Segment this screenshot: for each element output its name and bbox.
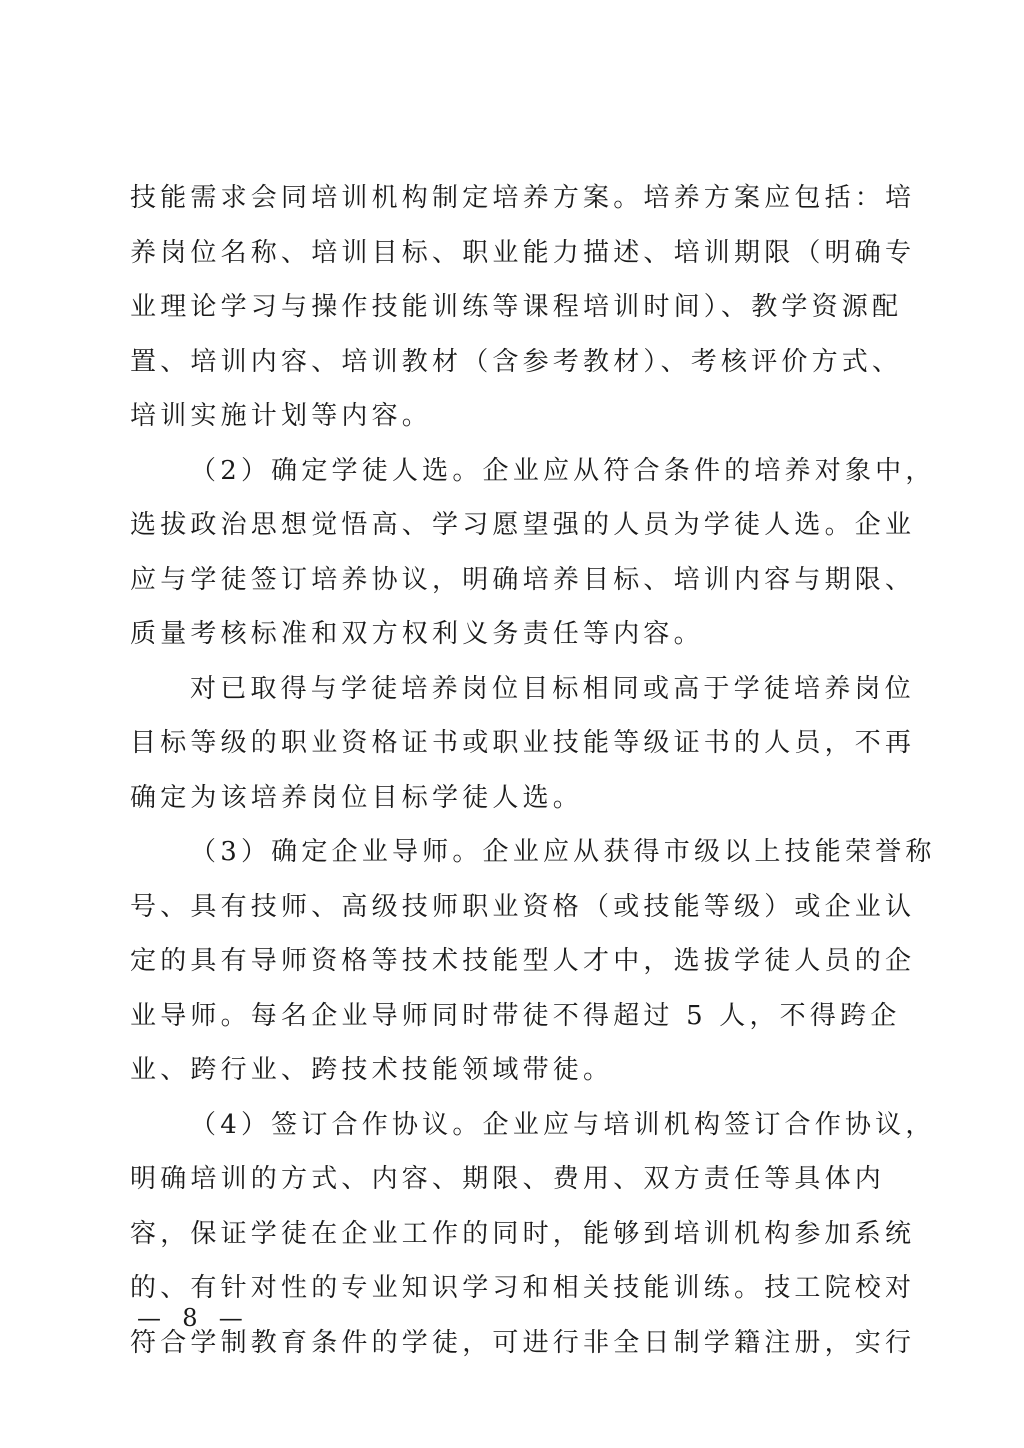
text-line: 业理论学习与操作技能训练等课程培训时间）、教学资源配 xyxy=(130,280,890,335)
paragraph-training-plan: 技能需求会同培训机构制定培养方案。培养方案应包括：培养岗位名称、培训目标、职业能… xyxy=(130,171,890,444)
paragraph-select-mentors: （3）确定企业导师。企业应从获得市级以上技能荣誉称号、具有技师、高级技师职业资格… xyxy=(130,825,890,1098)
text-line: 目标等级的职业资格证书或职业技能等级证书的人员，不再 xyxy=(130,716,890,771)
text-line: 养岗位名称、培训目标、职业能力描述、培训期限（明确专 xyxy=(130,226,890,281)
text-line: 培训实施计划等内容。 xyxy=(130,389,890,444)
text-line: 选拔政治思想觉悟高、学习愿望强的人员为学徒人选。企业 xyxy=(130,498,890,553)
text-line: 容，保证学徒在企业工作的同时，能够到培训机构参加系统 xyxy=(130,1207,890,1262)
paragraph-exclusion: 对已取得与学徒培养岗位目标相同或高于学徒培养岗位目标等级的职业资格证书或职业技能… xyxy=(130,662,890,826)
text-line: 明确培训的方式、内容、期限、费用、双方责任等具体内 xyxy=(130,1152,890,1207)
paragraph-select-apprentices: （2）确定学徒人选。企业应从符合条件的培养对象中，选拔政治思想觉悟高、学习愿望强… xyxy=(130,444,890,662)
text-line: 技能需求会同培训机构制定培养方案。培养方案应包括：培 xyxy=(130,171,890,226)
text-line: 业导师。每名企业导师同时带徒不得超过 5 人，不得跨企 xyxy=(130,989,890,1044)
text-line: 业、跨行业、跨技术技能领域带徒。 xyxy=(130,1043,890,1098)
text-line: 确定为该培养岗位目标学徒人选。 xyxy=(130,771,890,826)
text-line: 定的具有导师资格等技术技能型人才中，选拔学徒人员的企 xyxy=(130,934,890,989)
text-line: （2）确定学徒人选。企业应从符合条件的培养对象中， xyxy=(130,444,890,499)
text-line: 对已取得与学徒培养岗位目标相同或高于学徒培养岗位 xyxy=(130,662,890,717)
text-line: 应与学徒签订培养协议，明确培养目标、培训内容与期限、 xyxy=(130,553,890,608)
text-line: 号、具有技师、高级技师职业资格（或技能等级）或企业认 xyxy=(130,880,890,935)
text-line: 质量考核标准和双方权利义务责任等内容。 xyxy=(130,607,890,662)
text-line: （3）确定企业导师。企业应从获得市级以上技能荣誉称 xyxy=(130,825,890,880)
document-page: 技能需求会同培训机构制定培养方案。培养方案应包括：培养岗位名称、培训目标、职业能… xyxy=(0,0,1024,1448)
page-number: — 8 — xyxy=(137,1304,245,1332)
text-line: （4）签订合作协议。企业应与培训机构签订合作协议， xyxy=(130,1098,890,1153)
body-text: 技能需求会同培训机构制定培养方案。培养方案应包括：培养岗位名称、培训目标、职业能… xyxy=(130,171,890,1370)
text-line: 置、培训内容、培训教材（含参考教材）、考核评价方式、 xyxy=(130,335,890,390)
